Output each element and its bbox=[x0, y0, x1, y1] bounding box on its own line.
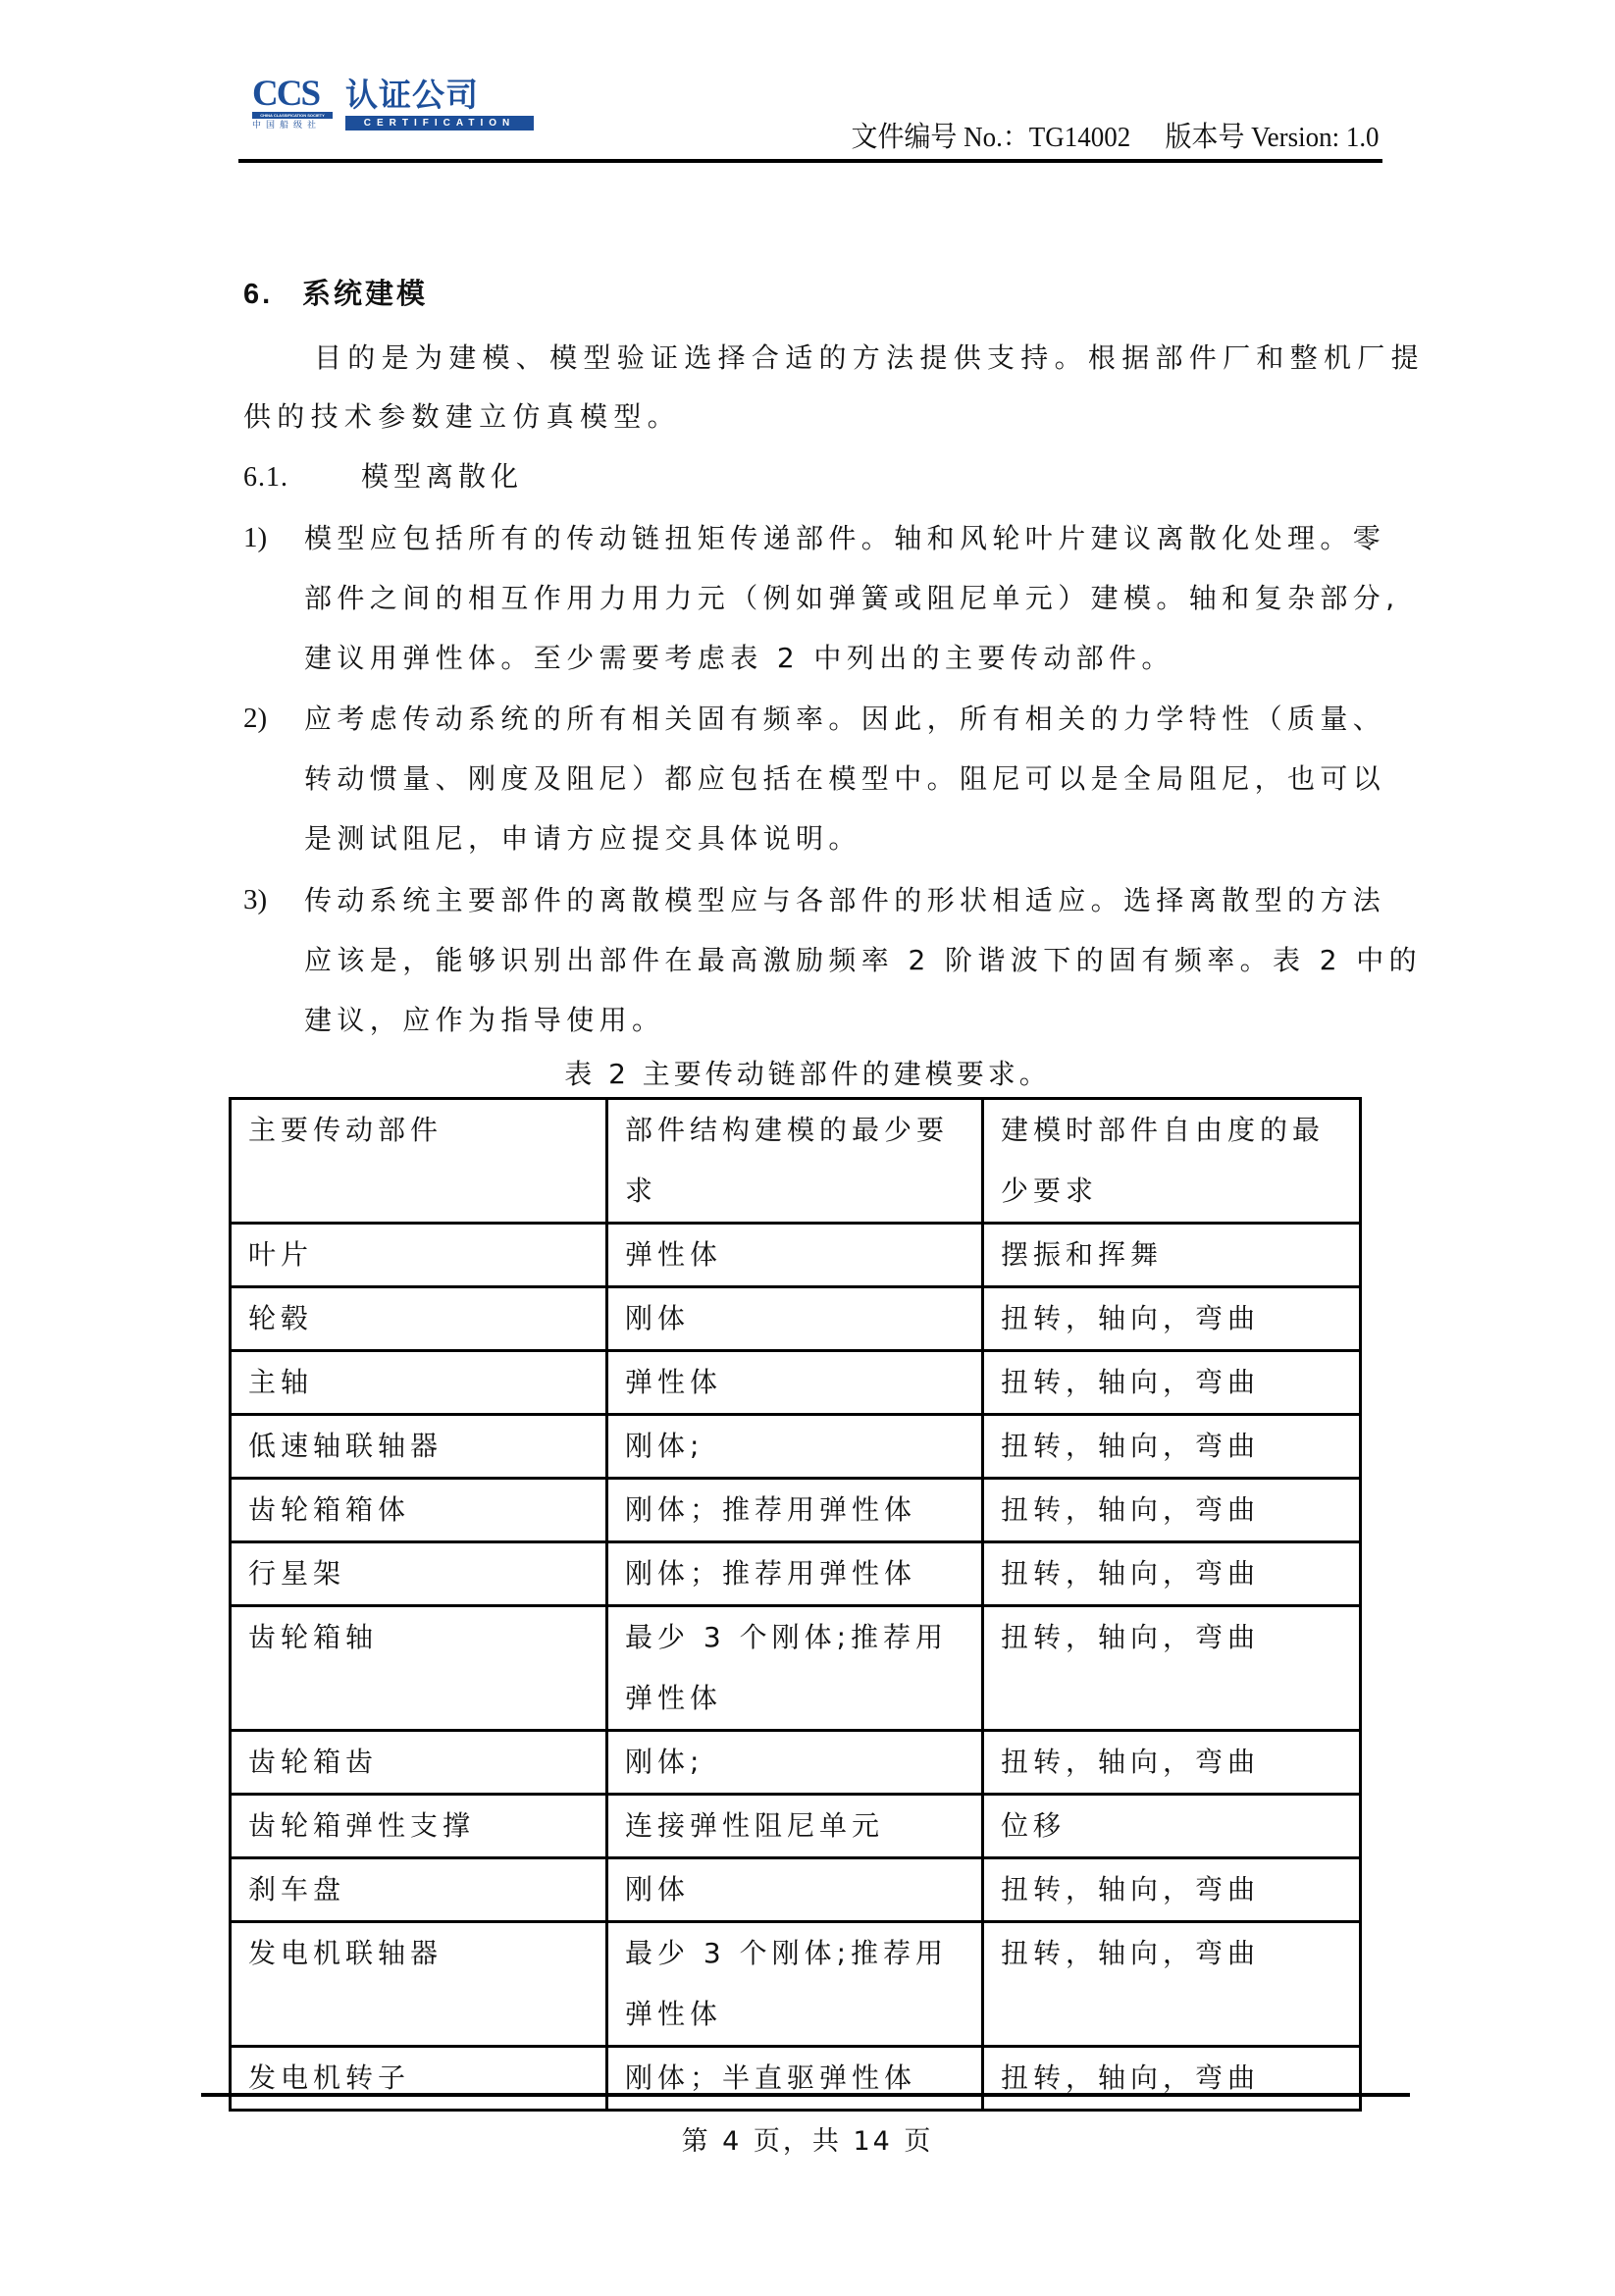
table-cell: 刚体 bbox=[607, 1287, 983, 1351]
table-row: 齿轮箱箱体 刚体；推荐用弹性体 扭转，轴向，弯曲 bbox=[231, 1479, 1361, 1542]
subsection-title: 模型离散化 bbox=[361, 460, 523, 493]
list-item-line: 应该是，能够识别出部件在最高激励频率 2 阶谐波下的固有频率。表 2 中的 bbox=[304, 930, 1422, 990]
list-marker: 1) bbox=[243, 508, 267, 568]
logo-society-en: CHINA CLASSIFICATION SOCIETY bbox=[252, 112, 333, 119]
table-cell: 齿轮箱弹性支撑 bbox=[231, 1795, 607, 1858]
table-caption: 表 2 主要传动链部件的建模要求。 bbox=[0, 1051, 1615, 1098]
table-row: 发电机转子 刚体；半直驱弹性体 扭转，轴向，弯曲 bbox=[231, 2047, 1361, 2111]
table-row: 低速轴联轴器 刚体; 扭转，轴向，弯曲 bbox=[231, 1415, 1361, 1479]
table-cell: 扭转，轴向，弯曲 bbox=[983, 1287, 1361, 1351]
modeling-requirements-table: 主要传动部件 部件结构建模的最少要求 建模时部件自由度的最少要求 叶片 弹性体 … bbox=[229, 1097, 1362, 2112]
table-cell: 刚体 bbox=[607, 1858, 983, 1922]
table-cell: 扭转，轴向，弯曲 bbox=[983, 1922, 1361, 2047]
table-cell: 最少 3 个刚体;推荐用弹性体 bbox=[607, 1922, 983, 2047]
table-row: 叶片 弹性体 摆振和挥舞 bbox=[231, 1224, 1361, 1287]
table-cell: 扭转，轴向，弯曲 bbox=[983, 1731, 1361, 1795]
logo-society-cn: 中国船级社 bbox=[252, 120, 333, 131]
column-header: 主要传动部件 bbox=[231, 1099, 607, 1224]
table-row: 发电机联轴器 最少 3 个刚体;推荐用弹性体 扭转，轴向，弯曲 bbox=[231, 1922, 1361, 2047]
table-cell: 发电机转子 bbox=[231, 2047, 607, 2111]
table-row: 主轴 弹性体 扭转，轴向，弯曲 bbox=[231, 1351, 1361, 1415]
section-number: 6. bbox=[243, 265, 302, 325]
intro-paragraph-line-1: 目的是为建模、模型验证选择合适的方法提供支持。根据部件厂和整机厂提 bbox=[314, 328, 1425, 388]
table-cell: 扭转，轴向，弯曲 bbox=[983, 1415, 1361, 1479]
table-cell: 位移 bbox=[983, 1795, 1361, 1858]
table-cell: 扭转，轴向，弯曲 bbox=[983, 1858, 1361, 1922]
table-cell: 扭转，轴向，弯曲 bbox=[983, 2047, 1361, 2111]
doc-number-label: 文件编号 No.： bbox=[852, 122, 1029, 153]
table-row: 轮毂 刚体 扭转，轴向，弯曲 bbox=[231, 1287, 1361, 1351]
table-cell: 刹车盘 bbox=[231, 1858, 607, 1922]
version-number: 1.0 bbox=[1346, 122, 1380, 153]
table-header-row: 主要传动部件 部件结构建模的最少要求 建模时部件自由度的最少要求 bbox=[231, 1099, 1361, 1224]
list-item-line: 部件之间的相互作用力用力元（例如弹簧或阻尼单元）建模。轴和复杂部分, bbox=[304, 568, 1400, 628]
column-header: 部件结构建模的最少要求 bbox=[607, 1099, 983, 1224]
table-cell: 扭转，轴向，弯曲 bbox=[983, 1542, 1361, 1606]
table-cell: 主轴 bbox=[231, 1351, 607, 1415]
list-item-line: 应考虑传动系统的所有相关固有频率。因此，所有相关的力学特性（质量、 bbox=[304, 689, 1385, 749]
table-row: 齿轮箱齿 刚体; 扭转，轴向，弯曲 bbox=[231, 1731, 1361, 1795]
table-row: 刹车盘 刚体 扭转，轴向，弯曲 bbox=[231, 1858, 1361, 1922]
table-cell: 扭转，轴向，弯曲 bbox=[983, 1351, 1361, 1415]
table-cell: 刚体; bbox=[607, 1415, 983, 1479]
column-header: 建模时部件自由度的最少要求 bbox=[983, 1099, 1361, 1224]
table-cell: 齿轮箱齿 bbox=[231, 1731, 607, 1795]
table-cell: 弹性体 bbox=[607, 1351, 983, 1415]
list-item-line: 是测试阻尼，申请方应提交具体说明。 bbox=[304, 809, 1385, 868]
page-number: 第 4 页，共 14 页 bbox=[0, 2122, 1615, 2162]
table-cell: 扭转，轴向，弯曲 bbox=[983, 1606, 1361, 1731]
logo-company-cn: 认证公司 bbox=[345, 77, 479, 114]
list-item-line: 建议用弹性体。至少需要考虑表 2 中列出的主要传动部件。 bbox=[304, 628, 1400, 688]
list-marker: 2) bbox=[243, 689, 267, 749]
header-divider bbox=[238, 159, 1382, 163]
table-row: 齿轮箱轴 最少 3 个刚体;推荐用弹性体 扭转，轴向，弯曲 bbox=[231, 1606, 1361, 1731]
table-cell: 刚体；半直驱弹性体 bbox=[607, 2047, 983, 2111]
table-row: 行星架 刚体；推荐用弹性体 扭转，轴向，弯曲 bbox=[231, 1542, 1361, 1606]
table-cell: 行星架 bbox=[231, 1542, 607, 1606]
table-cell: 齿轮箱箱体 bbox=[231, 1479, 607, 1542]
table-row: 齿轮箱弹性支撑 连接弹性阻尼单元 位移 bbox=[231, 1795, 1361, 1858]
intro-paragraph-line-2: 供的技术参数建立仿真模型。 bbox=[243, 387, 681, 446]
table-cell: 轮毂 bbox=[231, 1287, 607, 1351]
list-item-line: 模型应包括所有的传动链扭矩传递部件。轴和风轮叶片建议离散化处理。零 bbox=[304, 508, 1400, 568]
table-cell: 摆振和挥舞 bbox=[983, 1224, 1361, 1287]
list-item-line: 传动系统主要部件的离散模型应与各部件的形状相适应。选择离散型的方法 bbox=[304, 870, 1422, 930]
footer-divider bbox=[201, 2093, 1410, 2097]
doc-number: TG14002 bbox=[1029, 122, 1130, 153]
table-cell: 发电机联轴器 bbox=[231, 1922, 607, 2047]
company-logo: CCS CHINA CLASSIFICATION SOCIETY 中国船级社 认… bbox=[252, 77, 537, 135]
section-heading: 6.系统建模 bbox=[243, 264, 428, 325]
logo-certification: CERTIFICATION bbox=[345, 116, 534, 130]
subsection-number: 6.1. bbox=[243, 447, 361, 507]
table-cell: 齿轮箱轴 bbox=[231, 1606, 607, 1731]
section-title: 系统建模 bbox=[302, 277, 428, 310]
table-cell: 刚体；推荐用弹性体 bbox=[607, 1542, 983, 1606]
list-item-line: 转动惯量、刚度及阻尼）都应包括在模型中。阻尼可以是全局阻尼，也可以 bbox=[304, 749, 1385, 809]
list-marker: 3) bbox=[243, 870, 267, 930]
table-cell: 刚体; bbox=[607, 1731, 983, 1795]
table-cell: 弹性体 bbox=[607, 1224, 983, 1287]
table-cell: 连接弹性阻尼单元 bbox=[607, 1795, 983, 1858]
version-label: 版本号 Version: bbox=[1166, 122, 1340, 153]
table-cell: 最少 3 个刚体;推荐用弹性体 bbox=[607, 1606, 983, 1731]
subsection-heading: 6.1.模型离散化 bbox=[243, 446, 523, 507]
table-cell: 扭转，轴向，弯曲 bbox=[983, 1479, 1361, 1542]
logo-ccs-mark: CCS bbox=[252, 77, 333, 112]
table-cell: 刚体；推荐用弹性体 bbox=[607, 1479, 983, 1542]
table-cell: 叶片 bbox=[231, 1224, 607, 1287]
list-item-line: 建议，应作为指导使用。 bbox=[304, 990, 1422, 1050]
document-meta: 文件编号 No.：TG14002版本号 Version: 1.0 bbox=[852, 120, 1380, 155]
table-cell: 低速轴联轴器 bbox=[231, 1415, 607, 1479]
